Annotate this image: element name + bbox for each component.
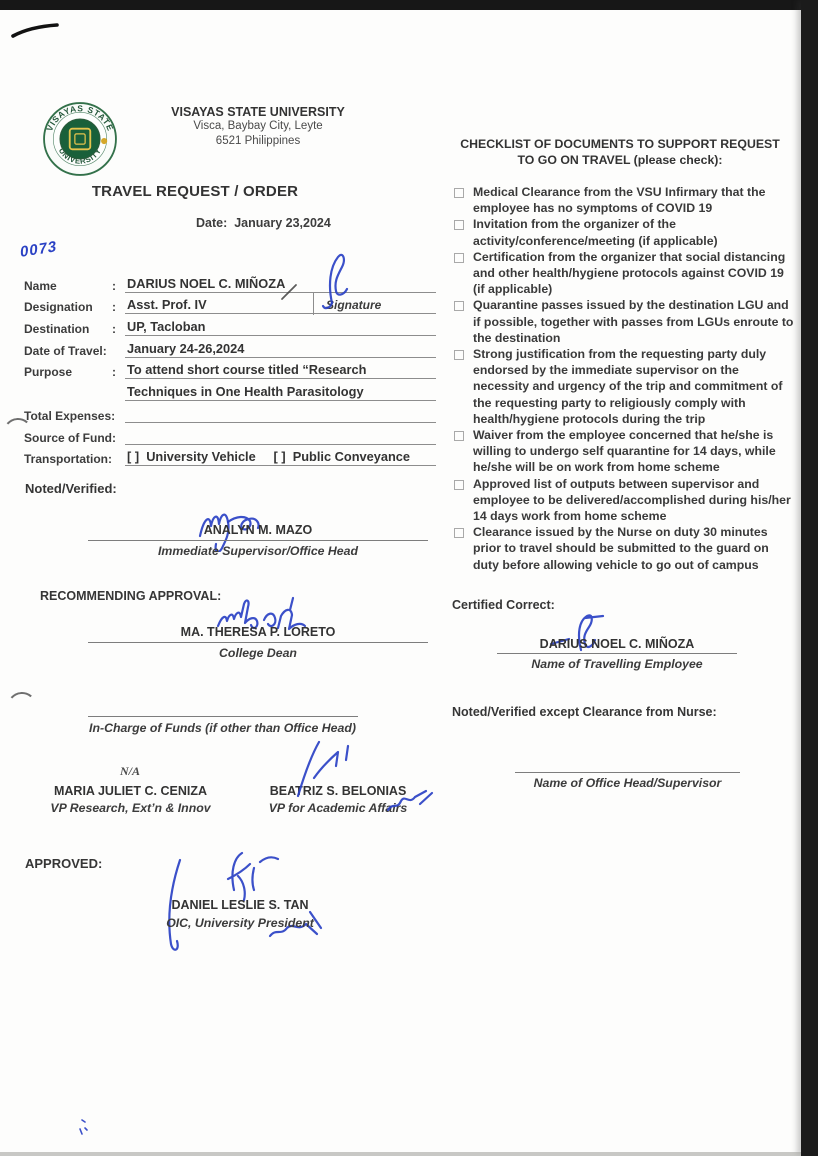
noted-verified-label: Noted/Verified:: [25, 481, 117, 496]
president-role: OIC, University President: [120, 916, 360, 930]
checklist-item-text: Approved list of outputs between supervi…: [473, 476, 798, 525]
checklist-item-text: Medical Clearance from the VSU Infirmary…: [473, 184, 798, 216]
ink-dots-artifact: [74, 1116, 96, 1142]
scan-border-top: [0, 0, 818, 10]
supervisor-role: Immediate Supervisor/Office Head: [88, 544, 428, 558]
approved-label: APPROVED:: [25, 856, 102, 871]
binder-arc-artifact: [6, 691, 38, 723]
letterhead: VISAYAS STATE UNIVERSITY Visca, Baybay C…: [152, 105, 364, 148]
checklist-item: Certification from the organizer that so…: [452, 249, 798, 298]
document-checklist: Medical Clearance from the VSU Infirmary…: [452, 184, 798, 573]
vp-research-name: MARIA JULIET C. CENIZA: [28, 784, 233, 798]
university-address-line2: 6521 Philippines: [152, 134, 364, 149]
traveller-name: DARIUS NOEL C. MIÑOZA: [497, 637, 737, 651]
vp-research-role: VP Research, Ext’n & Innov: [28, 801, 233, 815]
field-label: Name: [24, 279, 112, 293]
document-title: TRAVEL REQUEST / ORDER: [30, 183, 360, 200]
checklist-title-line1: CHECKLIST OF DOCUMENTS TO SUPPORT REQUES…: [455, 137, 785, 153]
designation-field-value: Asst. Prof. IV: [125, 297, 436, 314]
scanned-travel-request-document: VISAYAS STATE UNIVERSITY VISAYAS STATE U…: [0, 0, 818, 1156]
field-label: Total Expenses:: [24, 409, 125, 423]
checklist-item-text: Waiver from the employee concerned that …: [473, 427, 798, 476]
form-row-transportation: Transportation: [ ] University Vehicle […: [24, 445, 436, 467]
president-name: DANIEL LESLIE S. TAN: [120, 898, 360, 912]
handwritten-form-number: 0073: [20, 238, 58, 261]
checkbox-icon: [454, 431, 464, 441]
signature-box-divider: [313, 293, 314, 315]
field-label: Date of Travel:: [24, 344, 125, 358]
checklist-item: Invitation from the organizer of the act…: [452, 216, 798, 248]
signature-line: [88, 642, 428, 643]
purpose-field-value: To attend short course titled “Research: [125, 362, 436, 379]
signature-line: [515, 772, 740, 773]
field-colon: :: [112, 322, 125, 336]
field-label: Purpose: [24, 365, 112, 379]
university-address-line1: Visca, Baybay City, Leyte: [152, 119, 364, 134]
checklist-item-text: Invitation from the organizer of the act…: [473, 216, 798, 248]
checklist-item: Medical Clearance from the VSU Infirmary…: [452, 184, 798, 216]
signature-line: [497, 653, 737, 654]
incharge-of-funds-role: In-Charge of Funds (if other than Office…: [50, 721, 395, 735]
checklist-title: CHECKLIST OF DOCUMENTS TO SUPPORT REQUES…: [455, 137, 785, 168]
dean-role: College Dean: [88, 646, 428, 660]
date-of-travel-field-value: January 24-26,2024: [125, 341, 436, 358]
field-colon: :: [112, 300, 125, 314]
university-seal-logo: VISAYAS STATE UNIVERSITY: [42, 101, 118, 177]
checkbox-icon: [454, 350, 464, 360]
checkbox-icon: [454, 220, 464, 230]
scan-border-right: [801, 0, 818, 1156]
noted-except-label: Noted/Verified except Clearance from Nur…: [452, 705, 717, 719]
na-note: N/A: [30, 764, 230, 779]
pen-mark: [10, 20, 62, 42]
signature-box-label: Signature: [326, 298, 381, 312]
field-label: Designation: [24, 300, 112, 314]
supervisor-name: ANALYN M. MAZO: [88, 523, 428, 537]
checklist-item: Waiver from the employee concerned that …: [452, 427, 798, 476]
recommending-approval-label: RECOMMENDING APPROVAL:: [40, 589, 221, 603]
checkbox-icon: [454, 188, 464, 198]
form-row-destination: Destination : UP, Tacloban: [24, 314, 436, 336]
vp-academic-name: BEATRIZ S. BELONIAS: [238, 784, 438, 798]
signature-line: [88, 716, 358, 717]
checkbox-icon: [454, 301, 464, 311]
traveller-role: Name of Travelling Employee: [497, 657, 737, 671]
total-expenses-field-value: [125, 421, 436, 423]
field-label: Source of Fund:: [24, 431, 125, 445]
vp-academic-role: VP for Academic Affairs: [238, 801, 438, 815]
office-head-role: Name of Office Head/Supervisor: [515, 776, 740, 790]
field-label: Destination: [24, 322, 112, 336]
checkbox-icon: [454, 253, 464, 263]
checkbox-icon: [454, 528, 464, 538]
checklist-item: Clearance issued by the Nurse on duty 30…: [452, 524, 798, 573]
field-colon: :: [112, 279, 125, 293]
checkbox-icon: [454, 480, 464, 490]
source-of-fund-field-value: [125, 443, 436, 445]
destination-field-value: UP, Tacloban: [125, 319, 436, 336]
dean-name: MA. THERESA P. LORETO: [88, 625, 428, 639]
university-name: VISAYAS STATE UNIVERSITY: [152, 105, 364, 119]
purpose-field-value-line2: Techniques in One Health Parasitology: [125, 384, 436, 401]
checklist-item-text: Quarantine passes issued by the destinat…: [473, 297, 798, 346]
checklist-item: Quarantine passes issued by the destinat…: [452, 297, 798, 346]
scan-border-bottom: [0, 1152, 801, 1156]
checklist-item: Approved list of outputs between supervi…: [452, 476, 798, 525]
travel-request-form: Name : DARIUS NOEL C. MIÑOZA Designation…: [24, 271, 436, 466]
field-label: Transportation:: [24, 452, 125, 466]
form-row-total-expenses: Total Expenses:: [24, 401, 436, 423]
transportation-field-value: [ ] University Vehicle [ ] Public Convey…: [125, 449, 436, 466]
checklist-item-text: Strong justification from the requesting…: [473, 346, 798, 427]
checklist-item-text: Certification from the organizer that so…: [473, 249, 798, 298]
form-row-purpose: Purpose : To attend short course titled …: [24, 358, 436, 380]
name-field-value: DARIUS NOEL C. MIÑOZA: [125, 276, 436, 293]
form-row-source-of-fund: Source of Fund:: [24, 423, 436, 445]
document-date: Date: January 23,2024: [196, 216, 331, 230]
checklist-item-text: Clearance issued by the Nurse on duty 30…: [473, 524, 798, 573]
checklist-item: Strong justification from the requesting…: [452, 346, 798, 427]
certified-correct-label: Certified Correct:: [452, 598, 555, 612]
form-row-purpose-line2: Techniques in One Health Parasitology: [24, 379, 436, 401]
form-row-date-of-travel: Date of Travel: January 24-26,2024: [24, 336, 436, 358]
form-row-name: Name : DARIUS NOEL C. MIÑOZA: [24, 271, 436, 293]
signature-line: [88, 540, 428, 541]
checklist-title-line2: TO GO ON TRAVEL (please check):: [455, 153, 785, 169]
field-colon: :: [112, 365, 125, 379]
